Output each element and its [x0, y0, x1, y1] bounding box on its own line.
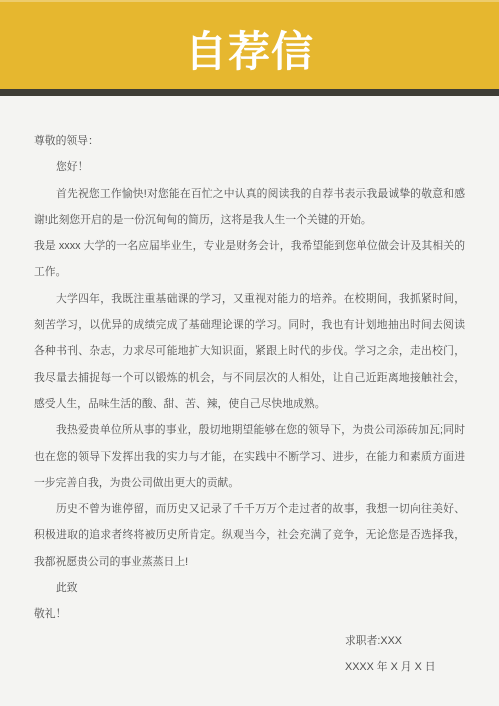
letter-paragraph: 我是 xxxx 大学的一名应届毕业生，专业是财务会计，我希望能到您单位做会计及其… — [34, 233, 465, 286]
letter-paragraph: 我热爱贵单位所从事的事业，殷切地期望能够在您的领导下，为贵公司添砖加瓦;同时也在… — [34, 417, 465, 496]
letter-paragraph: 首先祝您工作愉快!对您能在百忙之中认真的阅读我的自荐书表示我最诚挚的敬意和感谢!… — [34, 181, 465, 234]
letter-page: 自荐信 尊敬的领导：您好！首先祝您工作愉快!对您能在百忙之中认真的阅读我的自荐书… — [0, 0, 499, 706]
letter-paragraph: 此致 — [34, 575, 465, 601]
title-banner: 自荐信 — [0, 0, 499, 89]
signature-block: 求职者:XXX XXXX 年 X 月 X 日 — [345, 628, 465, 681]
page-title: 自荐信 — [185, 31, 314, 73]
letter-paragraph: 尊敬的领导： — [34, 128, 465, 154]
letter-paragraph: 您好！ — [34, 154, 465, 180]
letter-paragraph: 历史不曾为谁停留，而历史又记录了千千万万个走过者的故事，我想一切向往美好、积极进… — [34, 496, 465, 575]
letter-paragraph: 敬礼！ — [34, 601, 465, 627]
letter-paragraphs: 尊敬的领导：您好！首先祝您工作愉快!对您能在百忙之中认真的阅读我的自荐书表示我最… — [34, 128, 465, 628]
letter-body: 尊敬的领导：您好！首先祝您工作愉快!对您能在百忙之中认真的阅读我的自荐书表示我最… — [0, 96, 499, 680]
banner-divider — [0, 89, 499, 96]
date-line: XXXX 年 X 月 X 日 — [345, 654, 465, 680]
letter-paragraph: 大学四年，我既注重基础课的学习，又重视对能力的培养。在校期间，我抓紧时间，刻苦学… — [34, 286, 465, 417]
signer-line: 求职者:XXX — [345, 628, 465, 654]
